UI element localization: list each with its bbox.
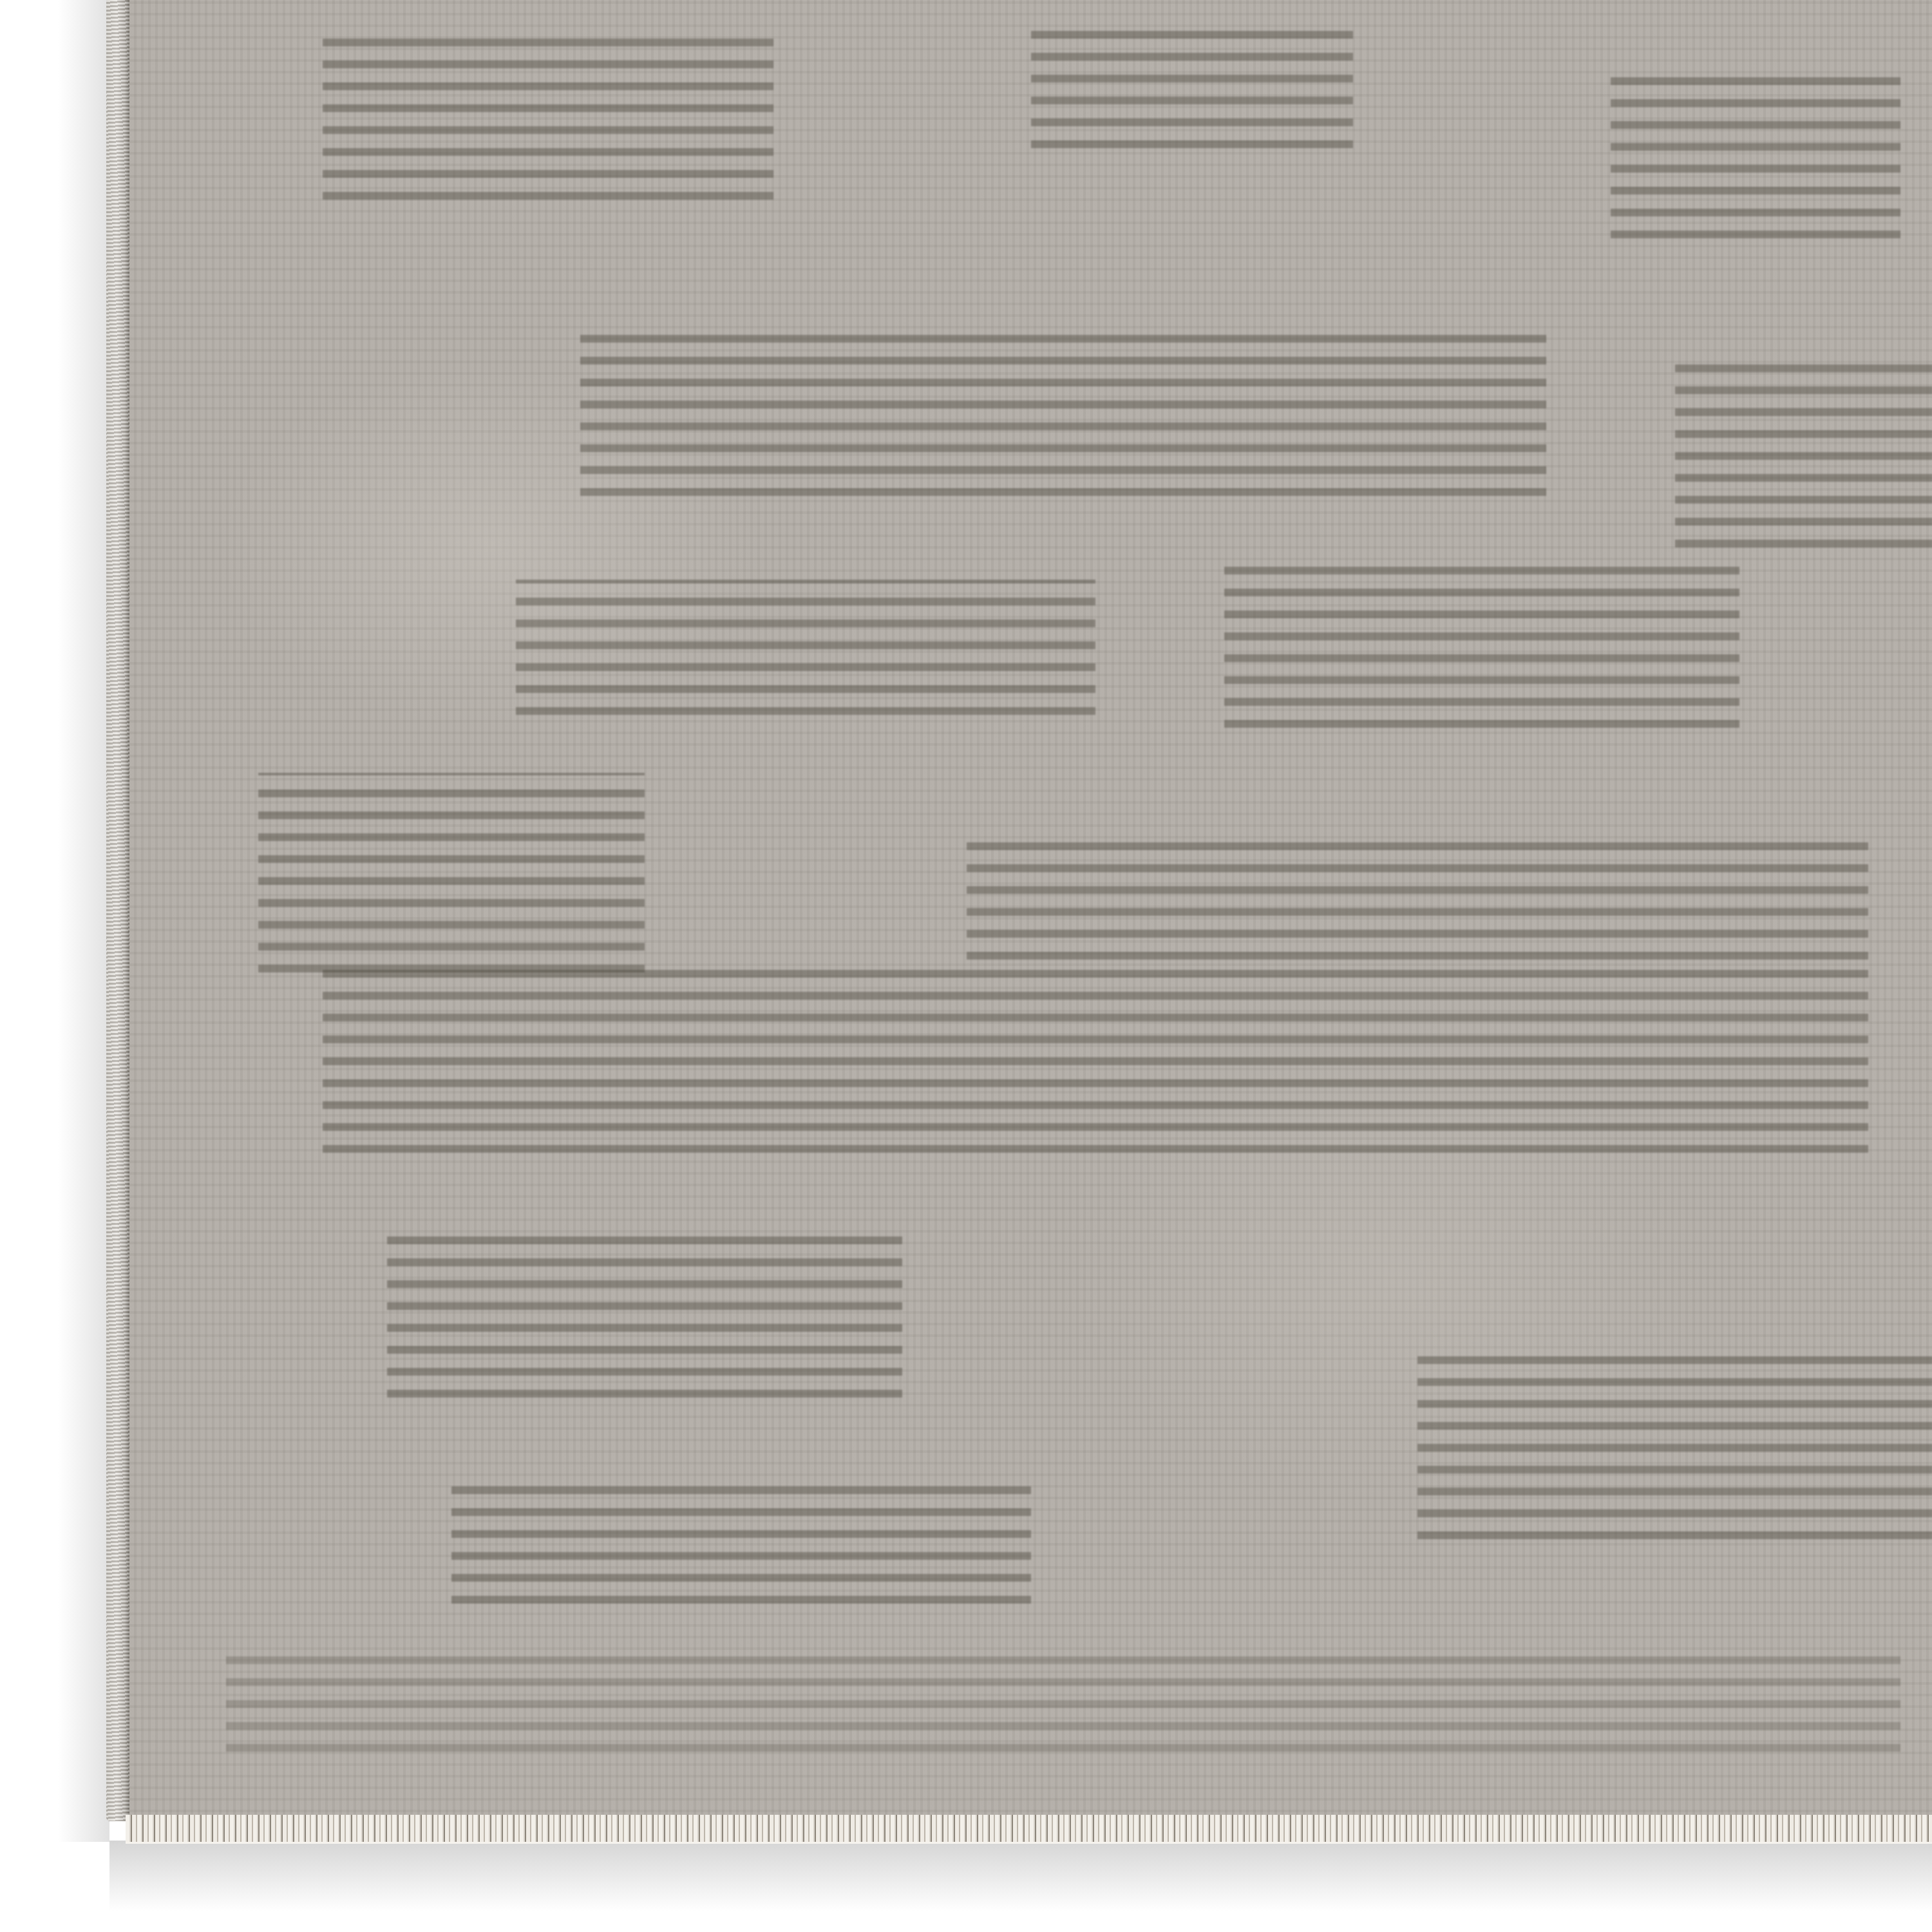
- rug-motif: [451, 1481, 1031, 1610]
- rug-motif: [387, 1224, 902, 1404]
- rug-side-binding: [106, 0, 129, 1821]
- rug-motif: [1224, 567, 1739, 734]
- rug-left-shadow: [58, 0, 109, 1842]
- rug-bottom-fringe: [126, 1815, 1932, 1844]
- rug-corner: [106, 0, 1932, 1821]
- rug-motif: [967, 837, 1868, 966]
- rug-motif: [323, 966, 1868, 1159]
- photo-stage: [0, 0, 1932, 1932]
- rug-motif: [1417, 1352, 1932, 1546]
- rug-motif: [580, 335, 1546, 502]
- rug-motif: [1031, 26, 1353, 155]
- rug-motif: [258, 773, 645, 979]
- rug-motif: [516, 580, 1095, 721]
- rug-motif: [1611, 77, 1900, 245]
- rug-pile-field: [129, 0, 1932, 1821]
- rug-bottom-shadow: [109, 1841, 1932, 1911]
- rug-motif: [1675, 361, 1932, 554]
- rug-motif: [226, 1642, 1900, 1758]
- rug-motif: [323, 39, 773, 206]
